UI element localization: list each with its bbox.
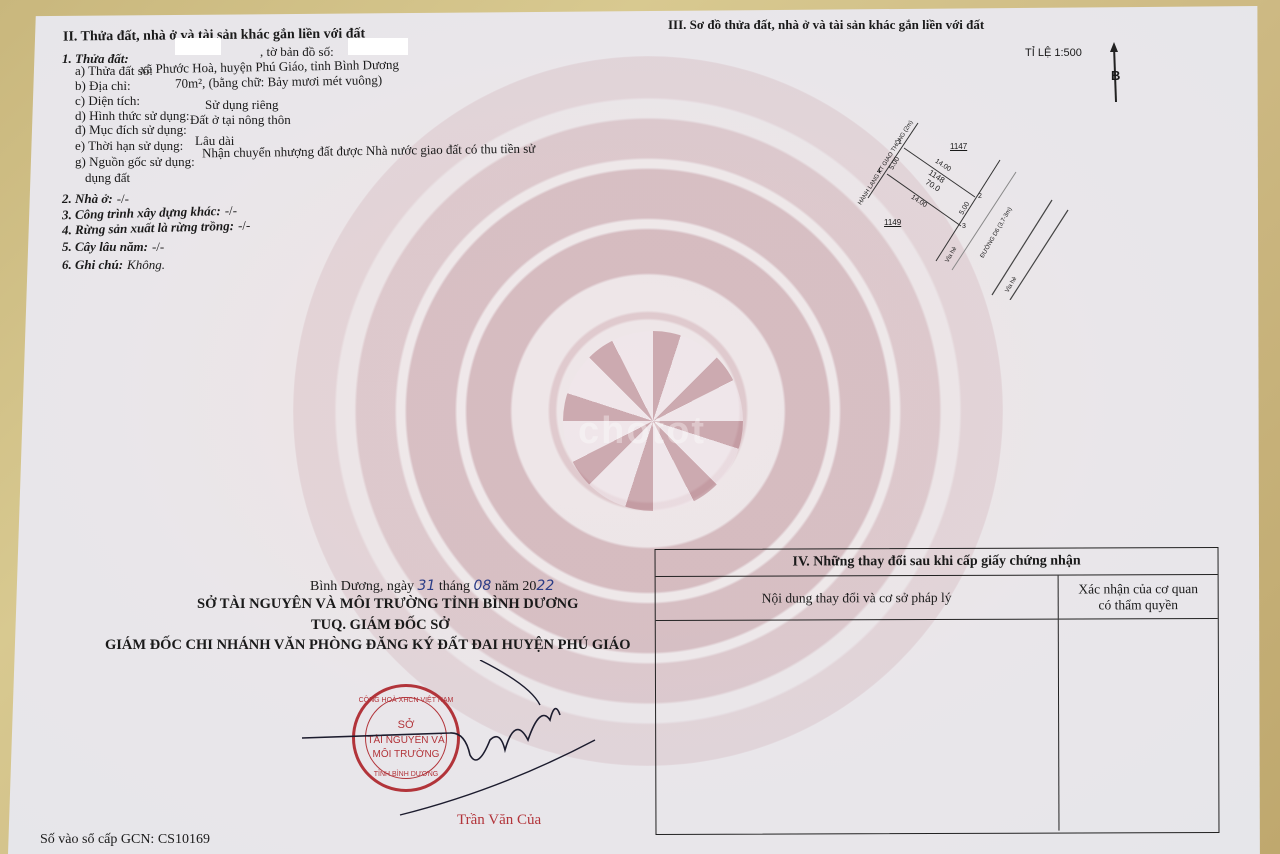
redacted-parcel-number <box>175 38 221 55</box>
use-form-value: Sử dụng riêng <box>205 98 279 112</box>
signer-position: GIÁM ĐỐC CHI NHÁNH VĂN PHÒNG ĐĂNG KÝ ĐẤT… <box>105 637 631 654</box>
note-row: 6. Ghi chú: Không. <box>62 256 165 274</box>
col-change-content: Nội dung thay đổi và cơ sở pháp lý <box>656 576 1059 620</box>
other-construction-value: -/- <box>225 203 238 218</box>
changes-table-body <box>656 619 1219 832</box>
parcel-north-number: 1147 <box>950 142 967 151</box>
note-label: 6. Ghi chú: <box>62 257 123 272</box>
registry-label: Số vào sổ cấp GCN: <box>40 832 154 847</box>
authority-cell <box>1059 619 1219 831</box>
watermark-text: chotot <box>578 410 706 453</box>
section3-title: III. Sơ đồ thửa đất, nhà ở và tài sản kh… <box>668 17 984 33</box>
address-label: b) Địa chỉ: <box>75 79 131 93</box>
vertex-1: 1 <box>898 139 902 146</box>
use-term-label: e) Thời hạn sử dụng: <box>75 139 183 153</box>
month-label: tháng <box>439 579 470 594</box>
redacted-map-sheet <box>348 38 408 55</box>
map-scale: TỈ LỆ 1:500 <box>1025 47 1082 59</box>
year-label: năm 20 <box>495 579 537 594</box>
day-value: 31 <box>418 578 436 594</box>
registry-row: Số vào sổ cấp GCN: CS10169 <box>40 832 210 848</box>
note-value: Không. <box>127 257 165 272</box>
place-date: Bình Dương, ngày 31 tháng 08 năm 2022 <box>310 578 554 595</box>
vertex-3: 3 <box>962 223 966 230</box>
vertex-2: 2 <box>978 193 982 200</box>
changes-table-header: Nội dung thay đổi và cơ sở pháp lý Xác n… <box>656 575 1218 621</box>
col2-line1: Xác nhận của cơ quan <box>1078 581 1198 597</box>
parcel-south-number: 1149 <box>884 218 901 227</box>
place-date-prefix: Bình Dương, ngày <box>310 579 414 594</box>
perennial-label: 5. Cây lâu năm: <box>62 239 148 254</box>
north-label: B <box>1111 68 1120 83</box>
use-purpose-label: đ) Mục đích sử dụng: <box>75 123 187 137</box>
perennial-row: 5. Cây lâu năm: -/- <box>62 238 164 256</box>
forest-value: -/- <box>238 218 251 233</box>
handwritten-signature <box>300 660 600 820</box>
month-value: 08 <box>473 578 491 594</box>
parcel-diagram <box>860 100 1080 300</box>
col-authority-confirmation: Xác nhận của cơ quan có thẩm quyền <box>1059 575 1218 619</box>
origin-label: g) Nguồn gốc sử dụng: <box>75 155 195 169</box>
col2-line2: có thẩm quyền <box>1098 597 1178 613</box>
house-label: 2. Nhà ở: <box>62 191 113 206</box>
registry-number: CS10169 <box>158 832 210 847</box>
use-purpose-value: Đất ở tại nông thôn <box>190 113 291 127</box>
area-label: c) Diện tích: <box>75 94 140 108</box>
forest-label: 4. Rừng sản xuất là rừng trồng: <box>62 218 234 237</box>
changes-table-title: IV. Những thay đổi sau khi cấp giấy chứn… <box>656 548 1218 577</box>
changes-table: IV. Những thay đổi sau khi cấp giấy chứn… <box>655 547 1220 835</box>
agency-name: SỞ TÀI NGUYÊN VÀ MÔI TRƯỜNG TỈNH BÌNH DƯ… <box>197 596 578 613</box>
year-value: 22 <box>536 578 554 594</box>
use-form-label: d) Hình thức sử dụng: <box>75 109 189 123</box>
vertex-4: 4 <box>877 168 881 175</box>
perennial-value: -/- <box>152 239 164 254</box>
signer-name: Trần Văn Của <box>457 812 541 829</box>
origin-value-cont: dụng đất <box>85 171 130 185</box>
on-behalf-title: TUQ. GIÁM ĐỐC SỞ <box>311 617 450 634</box>
change-content-cell <box>656 620 1060 832</box>
map-sheet-label: , tờ bản đồ số: <box>260 45 334 59</box>
